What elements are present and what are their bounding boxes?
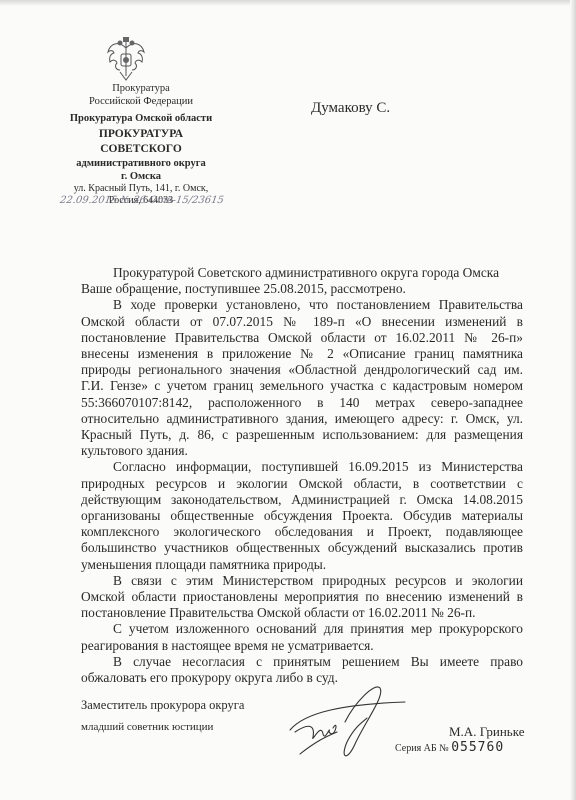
form-serial: Серия АБ № 055760 (395, 740, 504, 755)
org-line: административного округа (56, 157, 226, 170)
org-address: ул. Красный Путь, 141, г. Омск, (56, 183, 226, 195)
serial-number: 055760 (451, 740, 504, 755)
scan-edge-right (570, 0, 576, 800)
registration-number-handwritten: 22.09.2015 № 36 Отв-15/23615 (59, 195, 224, 206)
addressee-name: Думакову С. (311, 100, 390, 117)
body-paragraph: Согласно информации, поступившей 16.09.2… (81, 459, 523, 572)
org-line: г. Омска (56, 170, 226, 183)
org-line: СОВЕТСКОГО (56, 142, 226, 157)
coat-of-arms-icon (104, 36, 148, 82)
scan-edge-top (0, 0, 576, 6)
letter-body: Прокуратурой Советского административног… (81, 265, 523, 686)
signer-name: М.А. Гриньке (449, 724, 525, 740)
org-line: Прокуратура Омской области (56, 112, 226, 125)
rank-line: младший советник юстиции (81, 720, 244, 734)
org-line: Прокуратура (56, 82, 226, 95)
letter-page: Прокуратура Российской Федерации Прокура… (0, 0, 576, 800)
org-line: Российской Федерации (56, 95, 226, 108)
signer-position: Заместитель прокурора округа младший сов… (81, 698, 244, 734)
org-line: ПРОКУРАТУРА (56, 127, 226, 142)
position-line: Заместитель прокурора округа (81, 698, 244, 712)
body-paragraph: В ходе проверки установлено, что постано… (81, 297, 523, 459)
organization-header: Прокуратура Российской Федерации Прокура… (56, 82, 226, 207)
body-paragraph: Ваше обращение, поступившее 25.08.2015, … (81, 281, 523, 297)
body-paragraph: С учетом изложенного оснований для приня… (81, 621, 523, 653)
serial-label: Серия АБ № (395, 743, 449, 754)
body-paragraph: В связи с этим Министерством природных р… (81, 573, 523, 622)
body-paragraph: Прокуратурой Советского административног… (81, 265, 523, 281)
